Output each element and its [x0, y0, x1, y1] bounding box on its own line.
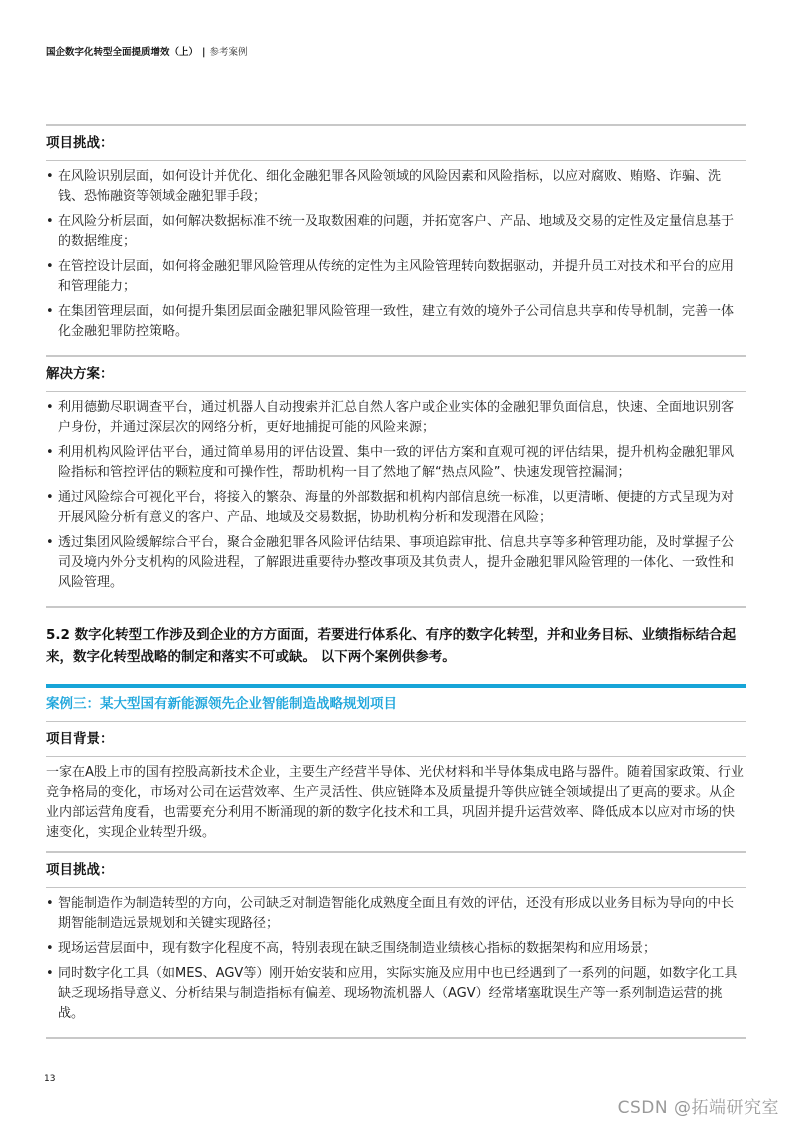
list-item: 利用机构风险评估平台，通过简单易用的评估设置、集中一致的评估方案和直观可视的评估…	[46, 443, 746, 483]
list-item: 利用德勤尽职调查平台，通过机器人自动搜索并汇总自然人客户或企业实体的金融犯罪负面…	[46, 398, 746, 438]
document-title: 国企数字化转型全面提质增效（上）	[46, 47, 198, 58]
section-heading-solutions: 解决方案：	[46, 357, 746, 391]
list-item: 通过风险综合可视化平台，将接入的繁杂、海量的外部数据和机构内部信息统一标准，以更…	[46, 488, 746, 528]
header-separator: |	[202, 47, 205, 58]
list-item: 透过集团风险缓解综合平台，聚合金融犯罪各风险评估结果、事项追踪审批、信息共享等多…	[46, 533, 746, 593]
section-heading-challenges: 项目挑战：	[46, 126, 746, 160]
section-5-2-intro: 5.2 数字化转型工作涉及到企业的方方面面，若要进行体系化、有序的数字化转型，并…	[46, 624, 746, 668]
solutions-list: 利用德勤尽职调查平台，通过机器人自动搜索并汇总自然人客户或企业实体的金融犯罪负面…	[46, 392, 746, 606]
list-item: 在管控设计层面，如何将金融犯罪风险管理从传统的定性为主风险管理转向数据驱动，并提…	[46, 257, 746, 297]
list-item: 现场运营层面中，现有数字化程度不高，特别表现在缺乏围绕制造业绩核心指标的数据架构…	[46, 939, 746, 959]
background-paragraph: 一家在A股上市的国有控股高新技术企业，主要生产经营半导体、光伏材料和半导体集成电…	[46, 757, 746, 851]
page-content: 项目挑战： 在风险识别层面，如何设计并优化、细化金融犯罪各风险领域的风险因素和风…	[46, 124, 746, 1039]
running-header: 国企数字化转型全面提质增效（上）|参考案例	[46, 44, 248, 58]
divider	[46, 1037, 746, 1039]
case-challenges-list: 智能制造作为制造转型的方向，公司缺乏对制造智能化成熟度全面且有效的评估，还没有形…	[46, 888, 746, 1037]
watermark: CSDN @拓端研究室	[618, 1093, 779, 1118]
section-heading-background: 项目背景：	[46, 722, 746, 756]
challenges-list: 在风险识别层面，如何设计并优化、细化金融犯罪各风险领域的风险因素和风险指标，以应…	[46, 161, 746, 355]
list-item: 同时数字化工具（如MES、AGV等）刚开始安装和应用，实际实施及应用中也已经遇到…	[46, 964, 746, 1024]
page-number: 13	[44, 1074, 55, 1084]
case-title: 案例三：某大型国有新能源领先企业智能制造战略规划项目	[46, 688, 746, 721]
list-item: 智能制造作为制造转型的方向，公司缺乏对制造智能化成熟度全面且有效的评估，还没有形…	[46, 894, 746, 934]
divider	[46, 606, 746, 608]
list-item: 在风险识别层面，如何设计并优化、细化金融犯罪各风险领域的风险因素和风险指标，以应…	[46, 167, 746, 207]
document-section: 参考案例	[210, 47, 248, 58]
list-item: 在集团管理层面，如何提升集团层面金融犯罪风险管理一致性，建立有效的境外子公司信息…	[46, 302, 746, 342]
list-item: 在风险分析层面，如何解决数据标准不统一及取数困难的问题，并拓宽客户、产品、地域及…	[46, 212, 746, 252]
section-heading-challenges: 项目挑战：	[46, 853, 746, 887]
